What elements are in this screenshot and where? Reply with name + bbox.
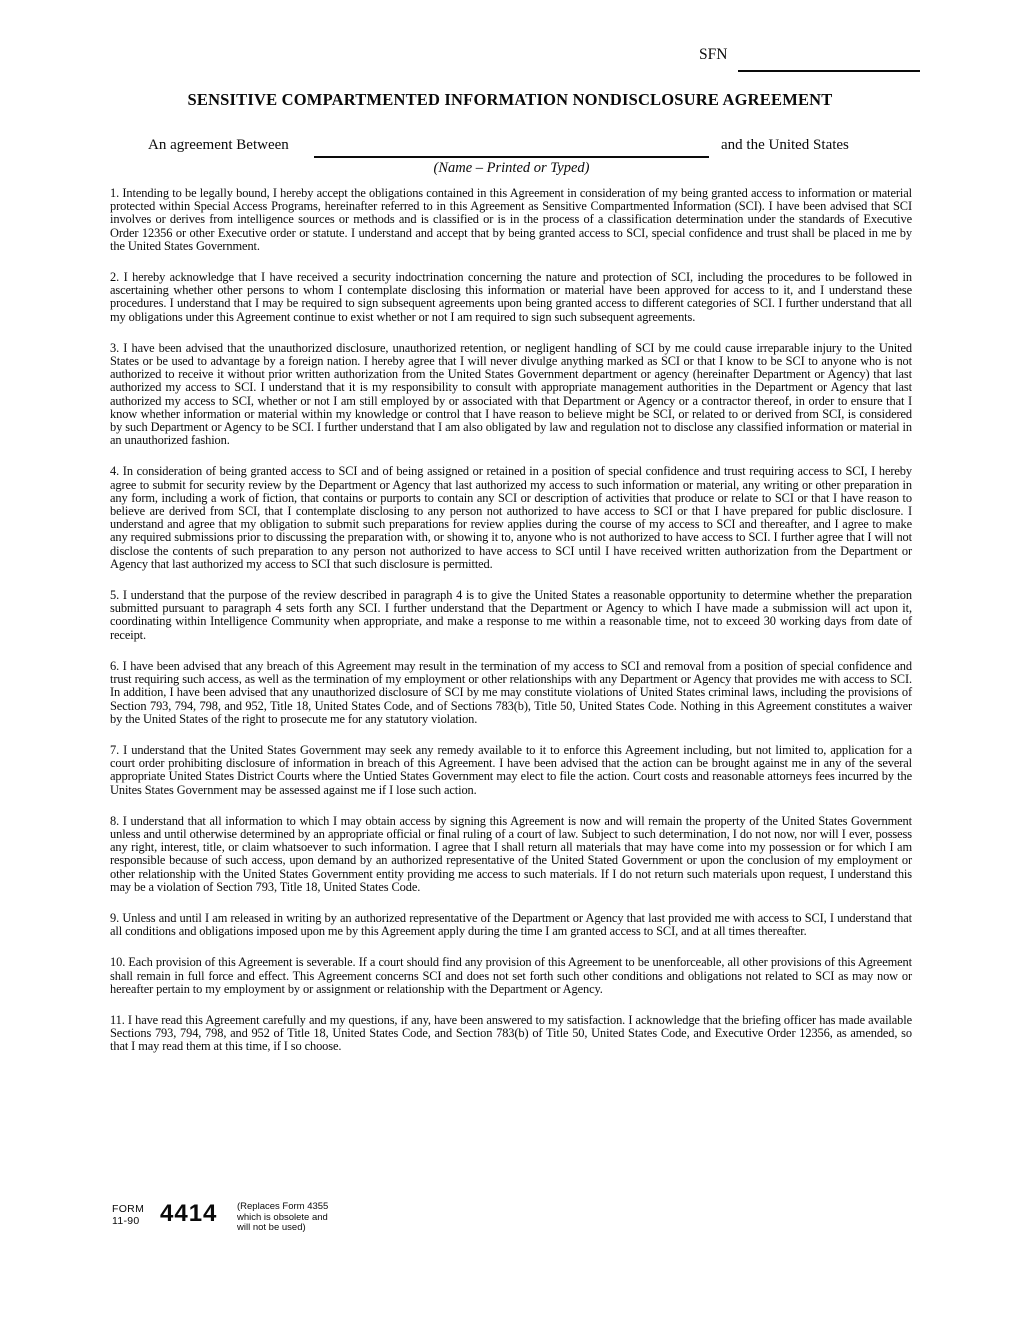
form-label-block: FORM 11-90 [112, 1203, 144, 1227]
agreement-suffix-text: and the United States [721, 137, 849, 154]
paragraph-10: 10. Each provision of this Agreement is … [110, 956, 912, 996]
replaces-note-line-1: (Replaces Form 4355 [237, 1202, 328, 1213]
paragraph-3: 3. I have been advised that the unauthor… [110, 342, 912, 448]
agreement-prefix-text: An agreement Between [148, 137, 289, 154]
paragraph-4: 4. In consideration of being granted acc… [110, 465, 912, 571]
form-date: 11-90 [112, 1215, 144, 1227]
paragraph-8: 8. I understand that all information to … [110, 815, 912, 894]
paragraph-5: 5. I understand that the purpose of the … [110, 589, 912, 642]
name-input-line[interactable] [314, 136, 709, 158]
form-number: 4414 [160, 1200, 217, 1228]
sfn-input-line[interactable] [738, 50, 920, 72]
paragraph-6: 6. I have been advised that any breach o… [110, 660, 912, 726]
sfn-label: SFN [699, 46, 727, 64]
name-field-caption: (Name – Printed or Typed) [314, 160, 709, 177]
form-footer: FORM 11-90 4414 (Replaces Form 4355 whic… [0, 1200, 1020, 1250]
paragraph-9: 9. Unless and until I am released in wri… [110, 912, 912, 938]
paragraph-7: 7. I understand that the United States G… [110, 744, 912, 797]
paragraph-1: 1. Intending to be legally bound, I here… [110, 187, 912, 253]
paragraph-11: 11. I have read this Agreement carefully… [110, 1014, 912, 1054]
sci-nda-form-page: SFN SENSITIVE COMPARTMENTED INFORMATION … [0, 0, 1020, 1320]
agreement-body: 1. Intending to be legally bound, I here… [110, 187, 912, 1072]
replaces-note: (Replaces Form 4355 which is obsolete an… [237, 1202, 328, 1234]
paragraph-2: 2. I hereby acknowledge that I have rece… [110, 271, 912, 324]
replaces-note-line-3: will not be used) [237, 1223, 328, 1234]
page-title: SENSITIVE COMPARTMENTED INFORMATION NOND… [0, 90, 1020, 110]
form-label: FORM [112, 1203, 144, 1215]
